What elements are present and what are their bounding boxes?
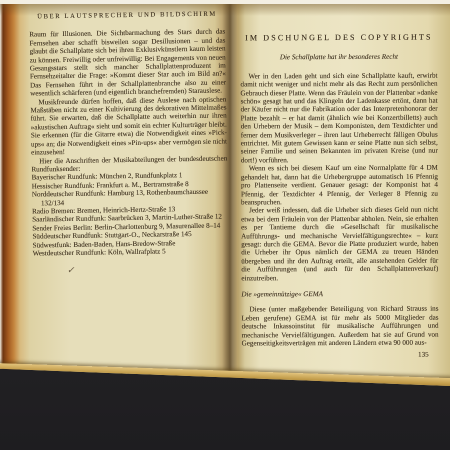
running-header: ÜBER LAUTSPRECHER UND BILDSCHIRM <box>29 10 225 21</box>
radio-address-list: Bayerischer Rundfunk: München 2, Rundfun… <box>31 171 228 258</box>
open-book: ÜBER LAUTSPRECHER UND BILDSCHIRM Raum fü… <box>0 4 450 386</box>
page-number: 135 <box>242 351 439 360</box>
book-photo: ÜBER LAUTSPRECHER UND BILDSCHIRM Raum fü… <box>0 0 450 450</box>
right-page-text: IM DSCHUNGEL DES COPYRIGHTS Die Schallpl… <box>240 34 438 361</box>
body-paragraph: Wer in den Laden geht und sich eine Scha… <box>240 71 437 164</box>
body-paragraph: Musikfreunde dürfen hoffen, daß diese Au… <box>30 95 227 157</box>
chapter-title: IM DSCHUNGEL DES COPYRIGHTS <box>240 34 437 43</box>
body-paragraph: Jeder weiß indessen, daß die Urheber sic… <box>241 206 438 283</box>
body-paragraph: Diese (unter maßgebender Beteiligung von… <box>241 305 438 348</box>
body-paragraph: Wenn es sich bei diesem Kauf um eine Nor… <box>241 164 438 207</box>
radio-address: Westdeutscher Rundfunk: Köln, Wallrafpla… <box>33 246 229 257</box>
body-paragraph: Raum für Illusionen. Die Sichtbarmachung… <box>29 28 226 98</box>
left-page-text: ÜBER LAUTSPRECHER UND BILDSCHIRM Raum fü… <box>29 10 229 275</box>
chapter-subtitle: Die Schallplatte hat ihr besonderes Rech… <box>240 53 437 62</box>
section-heading: Die »gemeinnützige« GEMA <box>241 290 438 299</box>
